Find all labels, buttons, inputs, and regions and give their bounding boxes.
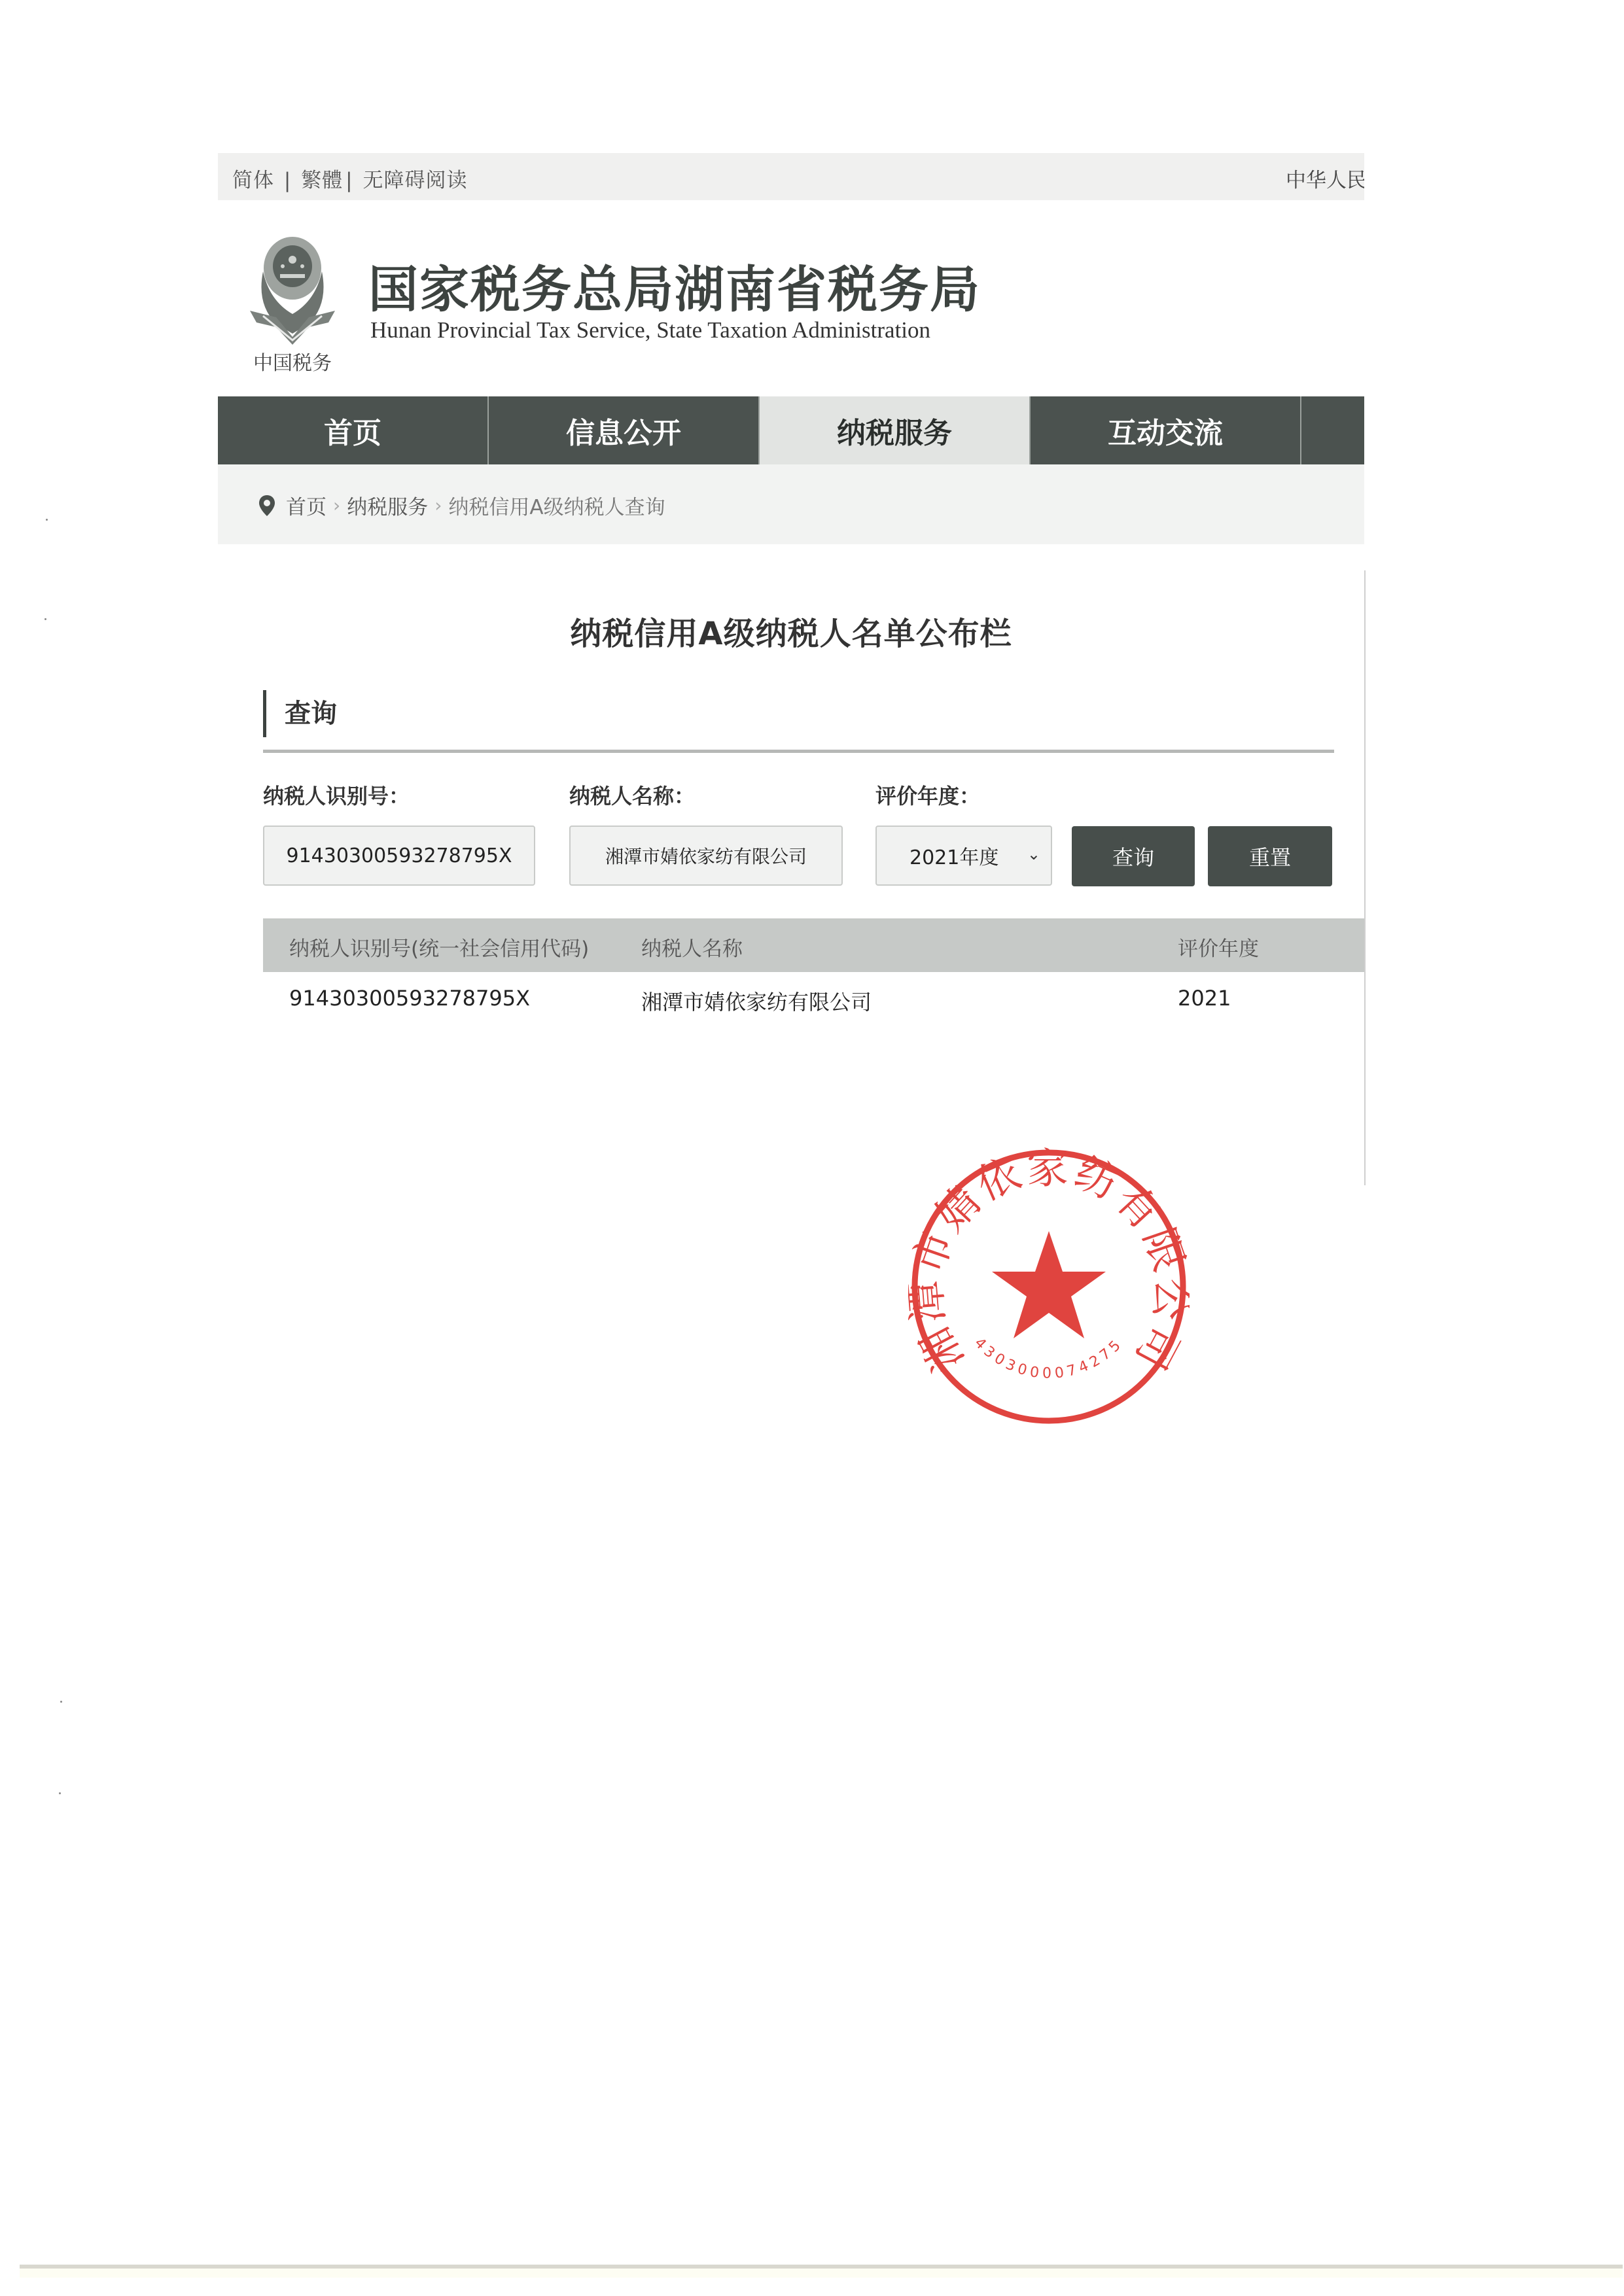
top-right-link[interactable]: 中华人民 xyxy=(1286,164,1364,193)
column-header-year: 评价年度 xyxy=(1178,932,1259,962)
cell-taxpayer-name: 湘潭市婧依家纺有限公司 xyxy=(641,986,872,1016)
svg-text:4303000074275: 4303000074275 xyxy=(971,1335,1127,1382)
lang-traditional-link[interactable]: 繁體 xyxy=(301,169,343,192)
taxpayer-id-label: 纳税人识别号： xyxy=(263,780,410,810)
main-nav: 首页 信息公开 纳税服务 互动交流 xyxy=(218,396,1364,464)
taxpayer-id-input[interactable]: 91430300593278795X xyxy=(263,826,535,886)
scan-speck xyxy=(59,1792,61,1794)
breadcrumb: 首页 › 纳税服务 › 纳税信用A级纳税人查询 xyxy=(258,491,665,520)
scan-speck xyxy=(60,1701,62,1703)
language-links: 简体 | 繁體| 无障碍阅读 xyxy=(232,164,470,193)
cell-taxpayer-id: 91430300593278795X xyxy=(289,986,530,1011)
nav-item-truncated[interactable] xyxy=(1301,396,1364,464)
scan-edge-band xyxy=(20,2269,1623,2278)
nav-item-interaction[interactable]: 互动交流 xyxy=(1031,396,1301,464)
nav-item-tax-service[interactable]: 纳税服务 xyxy=(760,396,1031,464)
separator: | xyxy=(345,169,353,192)
breadcrumb-tax-service[interactable]: 纳税服务 xyxy=(347,491,428,520)
location-pin-icon xyxy=(258,495,275,517)
section-title-query: 查询 xyxy=(263,690,337,737)
company-seal-stamp: 湘潭市婧依家纺有限公司 4303000074275 xyxy=(908,1146,1190,1427)
nav-item-home[interactable]: 首页 xyxy=(218,396,489,464)
site-subtitle-en: Hunan Provincial Tax Service, State Taxa… xyxy=(370,317,930,343)
content-border xyxy=(1364,570,1366,1185)
taxpayer-name-label: 纳税人名称： xyxy=(569,780,695,810)
scan-speck xyxy=(44,618,46,620)
section-divider xyxy=(263,750,1334,753)
logo-caption: 中国税务 xyxy=(253,352,332,375)
year-select[interactable]: 2021年度 ⌄ xyxy=(875,826,1052,886)
breadcrumb-separator: › xyxy=(333,495,340,516)
tax-emblem-logo: 中国税务 xyxy=(237,232,348,376)
year-select-value: 2021年度 xyxy=(909,841,998,870)
taxpayer-name-input[interactable]: 湘潭市婧依家纺有限公司 xyxy=(569,826,843,886)
breadcrumb-separator: › xyxy=(434,495,442,516)
accessibility-link[interactable]: 无障碍阅读 xyxy=(362,169,467,192)
column-header-taxpayer-id: 纳税人识别号(统一社会信用代码) xyxy=(289,932,589,962)
cell-year: 2021 xyxy=(1178,986,1231,1011)
breadcrumb-current: 纳税信用A级纳税人查询 xyxy=(448,491,665,520)
site-title: 国家税务总局湖南省税务局 xyxy=(368,250,981,321)
nav-item-info-disclosure[interactable]: 信息公开 xyxy=(489,396,760,464)
scan-speck xyxy=(46,519,48,521)
breadcrumb-bar: 首页 › 纳税服务 › 纳税信用A级纳税人查询 xyxy=(218,464,1364,544)
breadcrumb-home[interactable]: 首页 xyxy=(286,491,327,520)
page-title: 纳税信用A级纳税人名单公布栏 xyxy=(218,608,1364,653)
reset-button[interactable]: 重置 xyxy=(1208,826,1332,886)
year-label: 评价年度： xyxy=(875,780,980,810)
lang-simplified-link[interactable]: 简体 xyxy=(232,169,274,192)
query-button[interactable]: 查询 xyxy=(1072,826,1195,886)
separator: | xyxy=(284,169,291,192)
top-utility-bar: 简体 | 繁體| 无障碍阅读 中华人民 xyxy=(218,153,1364,200)
chevron-down-icon: ⌄ xyxy=(1027,845,1040,863)
column-header-taxpayer-name: 纳税人名称 xyxy=(641,932,743,962)
